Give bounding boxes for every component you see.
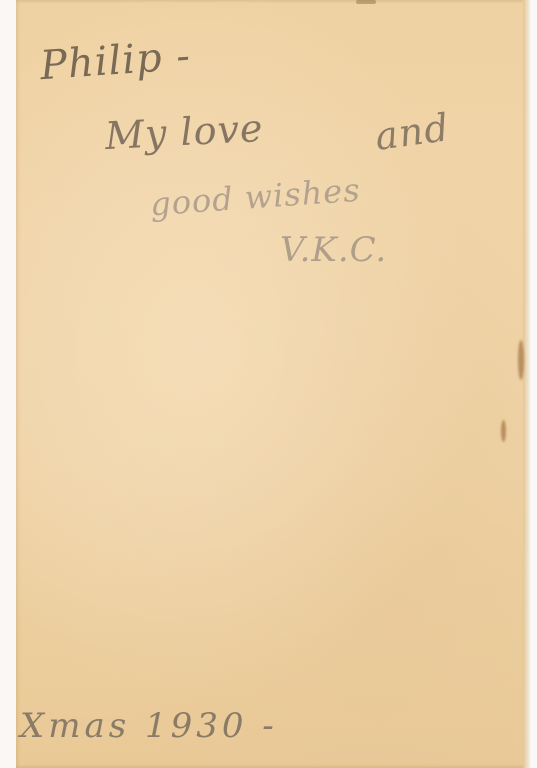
inscription-signature: V.K.C. xyxy=(280,230,387,270)
inscription-body-line1: My love xyxy=(104,106,265,158)
stain-mark xyxy=(518,340,524,380)
inscription-date: Xmas 1930 - xyxy=(20,706,278,746)
page-edge xyxy=(523,0,530,768)
top-edge-mark xyxy=(356,0,376,4)
book-page xyxy=(16,0,530,768)
stain-mark xyxy=(501,420,506,442)
